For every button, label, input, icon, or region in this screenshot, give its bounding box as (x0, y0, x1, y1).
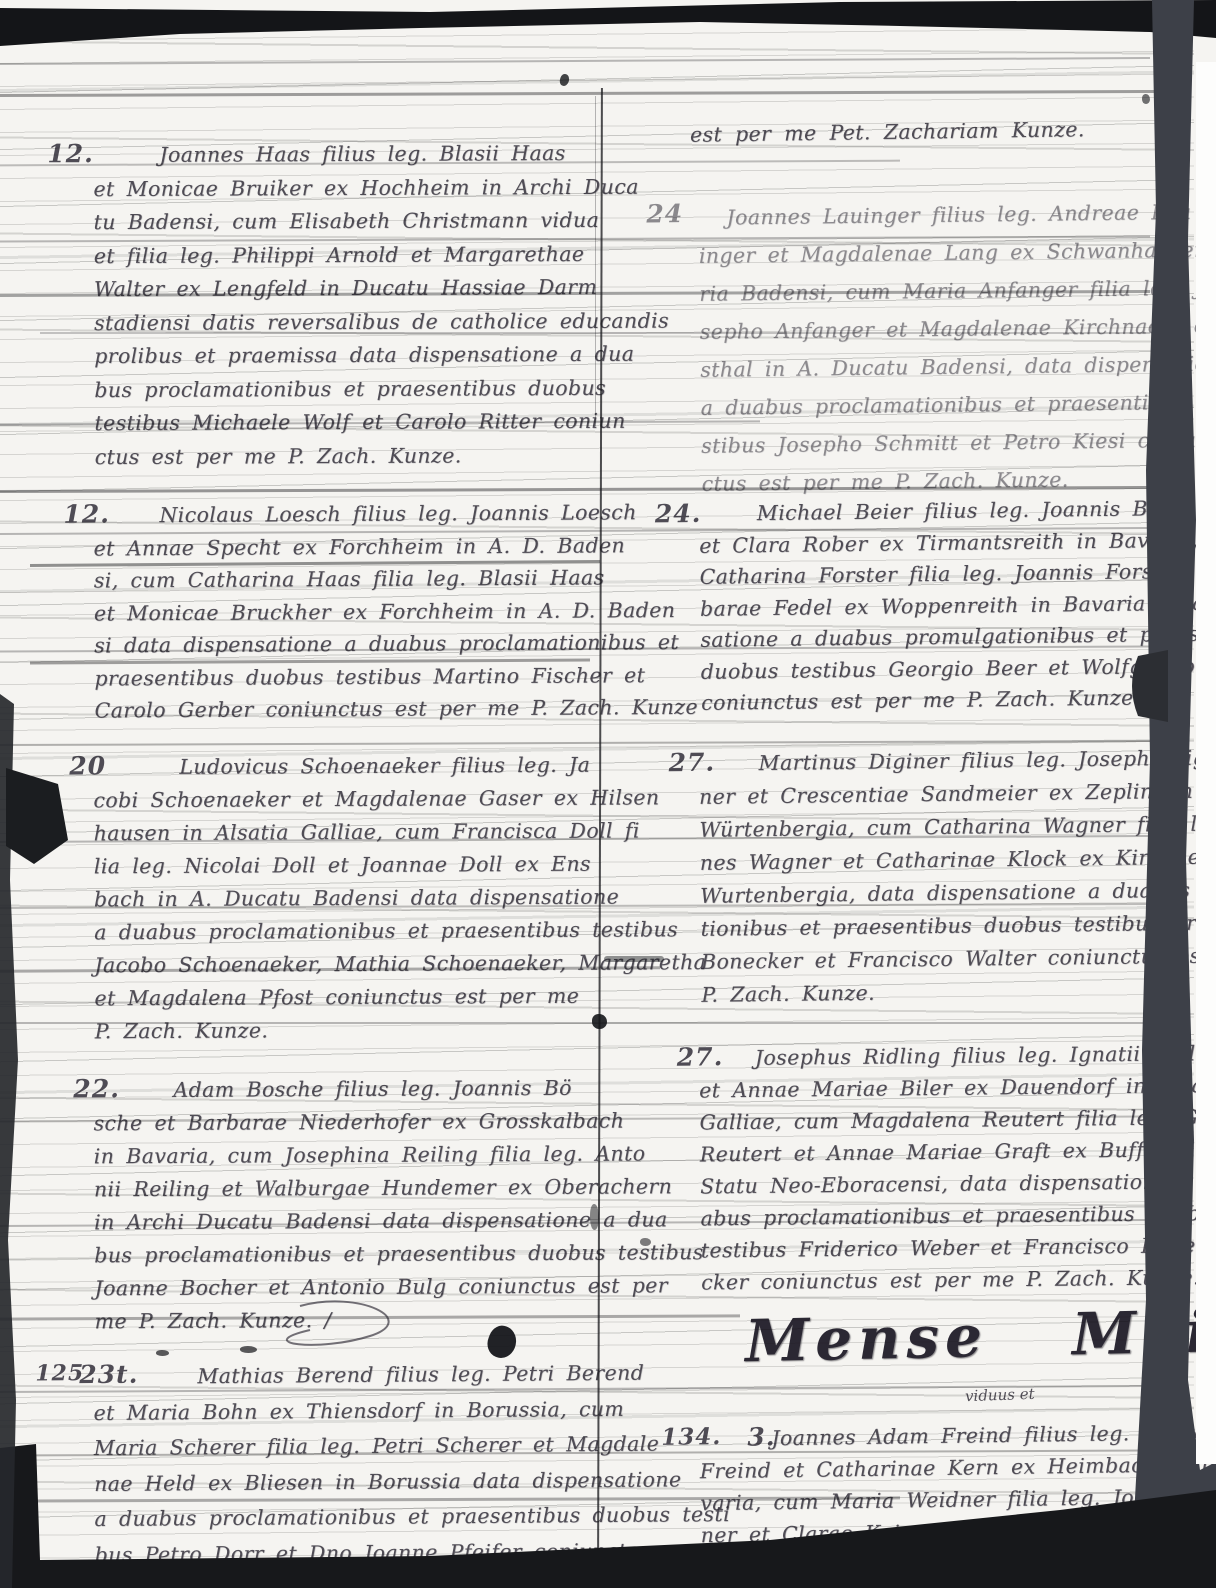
entry-text: Ludovicus Schoenaeker filius leg. Jacobi… (93, 749, 600, 1049)
register-entry: 12. Nicolaus Loesch filius leg. Joannis … (93, 496, 599, 727)
register-entry: 12. Joannes Haas filius leg. Blasii Haas… (93, 137, 599, 474)
entry-number: 27. (677, 1042, 724, 1071)
text-line: lia leg. Nicolai Doll et Joannae Doll ex… (94, 848, 599, 884)
text-line: inger et Magdalenae Lang ex Schwanhausen… (699, 231, 1169, 275)
text-line: in Archi Ducatu Badensi data dispensatio… (94, 1204, 599, 1240)
text-line: Carolo Gerber coniunctus est per me P. Z… (95, 691, 600, 727)
entry-number: 24 (646, 199, 683, 228)
text-line: Walter ex Lengfeld in Ducatu Hassiae Dar… (94, 271, 599, 307)
text-line: sche et Barbarae Niederhofer ex Grosskal… (93, 1105, 598, 1141)
text-line: ctus est per me P. Zach. Kunze. (95, 438, 600, 474)
text-line: in Bavaria, cum Josephina Reiling filia … (94, 1138, 599, 1174)
entry-text: Adam Bosche filius leg. Joannis Bösche e… (93, 1072, 599, 1339)
text-line: Galliae, cum Magdalena Reutert filia leg… (699, 1102, 1169, 1139)
text-line: P. Zach. Kunze. (701, 973, 1171, 1012)
text-line: et Maria Bohn ex Thiensdorf in Borussia,… (93, 1391, 603, 1431)
entry-text: Joannes Haas filius leg. Blasii Haaset M… (93, 137, 599, 474)
entry-number: 3. (747, 1422, 776, 1451)
text-line: et Magdalena Pfost coniunctus est per me (94, 980, 599, 1016)
text-line: abus proclamationibus et praesentibus du… (700, 1198, 1170, 1235)
text-line: si, cum Catharina Haas filia leg. Blasii… (94, 561, 599, 597)
text-line: stibus Josepho Schmitt et Petro Kiesi co… (701, 421, 1171, 465)
text-line: ner et Clarae Kaiser ex Hengelsbersbach … (700, 1513, 1170, 1552)
text-line: Jacobo Schoenaeker, Mathia Schoenaeker, … (94, 947, 599, 983)
entry-text: Joannes Lauinger filius leg. Andreae Lau… (698, 193, 1172, 503)
entry-number: 27. (668, 748, 715, 778)
text-line: et Annae Mariae Biler ex Dauendorf in Al… (699, 1070, 1169, 1107)
register-entry: 27. Martinus Diginer filius leg. Josephi… (698, 742, 1171, 1012)
text-line: bus proclamationibus et praesentibus duo… (94, 371, 599, 407)
text-line: Josephus Ridling filius leg. Ignatii Rid… (699, 1038, 1169, 1075)
closing-line: est per me Pet. Zachariam Kunze. (690, 117, 1085, 147)
entry-number: 20 (69, 751, 106, 780)
text-line: Adam Bosche filius leg. Joannis Bö (93, 1072, 598, 1108)
text-line: stadiensi datis reversalibus de catholic… (94, 304, 599, 340)
text-line: Reutert et Annae Mariae Graft ex Buffalo… (700, 1134, 1170, 1171)
text-line: a duabus proclamationibus et praesentibu… (700, 383, 1170, 427)
entry-number: 12. (63, 499, 110, 528)
text-line: cker coniunctus est per me P. Zach. Kunz… (701, 1262, 1171, 1299)
text-line: Ludovicus Schoenaeker filius leg. Ja (93, 749, 598, 785)
text-line: Joannes Haas filius leg. Blasii Haas (93, 137, 598, 173)
entry-number: 24. (655, 499, 702, 529)
text-line: Joanne Bocher et Antonio Bulg coniunctus… (94, 1270, 599, 1306)
text-line: bus proclamationibus et praesentibus duo… (94, 1237, 599, 1273)
register-entry: 24. Michael Beier filius leg. Joannis Be… (699, 493, 1172, 719)
text-line: Michael Beier filius leg. Joannis Beier (699, 493, 1169, 530)
register-entry: 20 Ludovicus Schoenaeker filius leg. Jac… (93, 749, 600, 1049)
text-line: Mathias Berend filius leg. Petri Berend (93, 1356, 603, 1396)
register-entry: 24 Joannes Lauinger filius leg. Andreae … (698, 193, 1172, 503)
text-line: bus Petro Dorr et Dno Joanne Pfeifer con… (95, 1533, 605, 1573)
register-entry: 22. Adam Bosche filius leg. Joannis Bösc… (93, 1072, 599, 1339)
text-line: nii Reiling et Walburgae Hundemer ex Obe… (94, 1171, 599, 1207)
entry-text: Martinus Diginer filius leg. Josephi Dig… (698, 742, 1171, 1012)
text-line: ria Badensi, cum Maria Anfanger filia le… (699, 269, 1169, 313)
text-line: et Monicae Bruckher ex Forchheim in A. D… (94, 594, 599, 630)
entry-margin-number: 125 (35, 1360, 84, 1386)
text-line: bach in A. Ducatu Badensi data dispensat… (94, 881, 599, 917)
text-line: sepho Anfanger et Magdalenae Kirchnacht … (700, 307, 1170, 351)
month-section-header: Mense Maii (744, 1297, 1216, 1375)
text-line: praesentibus duobus testibus Martino Fis… (94, 659, 599, 695)
text-line: coniunctus est per me P. Zach. Kunze. (701, 682, 1171, 719)
entry-text: Mathias Berend filius leg. Petri Berende… (93, 1356, 605, 1573)
text-line: me P. Zach. Kunze. / (95, 1303, 600, 1339)
text-line: nae Held ex Bliesen in Borussia data dis… (94, 1462, 604, 1502)
scanned-register-page: est per me Pet. Zachariam Kunze. 12. Joa… (0, 0, 1216, 1588)
text-line: a duabus proclamationibus et praesentibu… (94, 914, 599, 950)
text-line: testibus Friderico Weber et Francisco Ro… (701, 1230, 1171, 1267)
text-line: Catharina Forster filia leg. Joannis For… (699, 556, 1169, 593)
text-line: prolibus et praemissa data dispensatione… (94, 338, 599, 374)
text-line: tu Badensi, cum Elisabeth Christmann vid… (94, 204, 599, 240)
register-entry: 134. 3. Joannes Adam Freind filius leg. … (699, 1417, 1171, 1552)
entry-number: 12. (47, 139, 94, 168)
text-line: et Monicae Bruiker ex Hochheim in Archi … (93, 170, 598, 206)
text-line: testibus Michaele Wolf et Carolo Ritter … (94, 405, 599, 441)
text-line: sthal in A. Ducatu Badensi, data dispens… (700, 345, 1170, 389)
manuscript-text-layer: est per me Pet. Zachariam Kunze. 12. Joa… (0, 0, 1216, 1588)
text-line: si data dispensatione a duabus proclamat… (94, 626, 599, 662)
text-line: et Annae Specht ex Forchheim in A. D. Ba… (94, 529, 599, 565)
entry-number: 23t. (79, 1360, 138, 1389)
entry-text: Nicolaus Loesch filius leg. Joannis Loes… (93, 496, 599, 727)
register-entry: 125 23t. Mathias Berend filius leg. Petr… (93, 1356, 605, 1573)
text-line: Joannes Lauinger filius leg. Andreae Lau (698, 193, 1168, 237)
text-line: Nicolaus Loesch filius leg. Joannis Loes… (93, 496, 598, 532)
text-line: cobi Schoenaeker et Magdalenae Gaser ex … (93, 782, 598, 818)
entry-margin-number: 134. (661, 1423, 721, 1451)
entry-number: 22. (73, 1074, 120, 1103)
register-entry: 27. Josephus Ridling filius leg. Ignatii… (699, 1038, 1172, 1299)
text-line: Statu Neo-Eboracensi, data dispensatione… (700, 1166, 1170, 1203)
text-line: et filia leg. Philippi Arnold et Margare… (94, 237, 599, 273)
text-line: satione a duabus promulgationibus et pra… (700, 619, 1170, 656)
text-line: Bonecker et Francisco Walter coniunctus … (701, 940, 1171, 979)
text-line: hausen in Alsatia Galliae, cum Francisca… (94, 815, 599, 851)
text-line: Maria Scherer filia leg. Petri Scherer e… (94, 1427, 604, 1467)
entry-text: Michael Beier filius leg. Joannis Beiere… (699, 493, 1172, 719)
text-line: a duabus proclamationibus et praesentibu… (94, 1498, 604, 1538)
interlinear-note: viduus et (965, 1385, 1035, 1405)
entry-text: Josephus Ridling filius leg. Ignatii Rid… (699, 1038, 1172, 1299)
text-line: P. Zach. Kunze. (95, 1013, 600, 1049)
